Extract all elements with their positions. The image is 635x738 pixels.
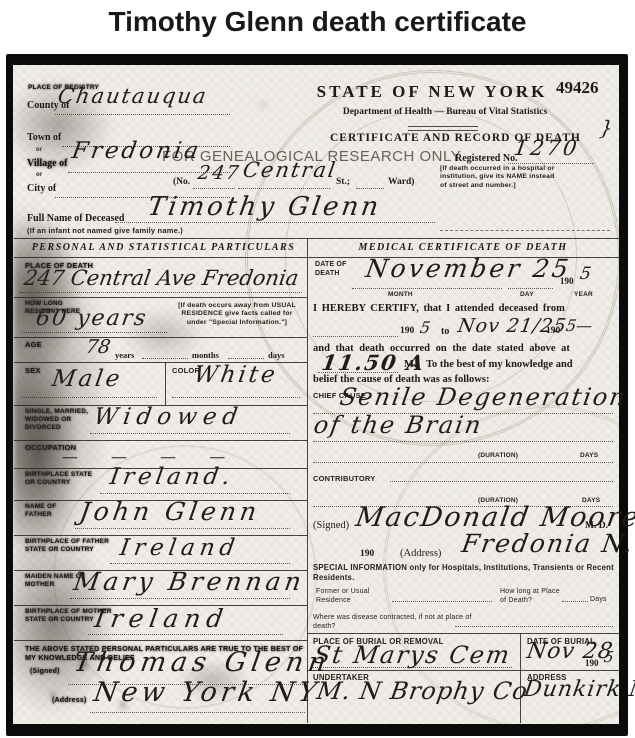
dotted-rule bbox=[562, 601, 588, 602]
father-birthplace-value: Ireland bbox=[118, 537, 241, 560]
dotted-rule bbox=[313, 441, 613, 442]
undertaker-address-value: Dunkirk NY bbox=[522, 679, 635, 701]
street-st-label: St.; bbox=[336, 177, 350, 187]
dotted-rule bbox=[172, 397, 300, 398]
chief-cause-line-1: Senile Degeneration bbox=[338, 385, 629, 409]
father-value: John Glenn bbox=[78, 499, 262, 524]
address-label-right: (Address) bbox=[400, 548, 441, 559]
contracted-label: Where was disease contracted, if not at … bbox=[313, 614, 483, 632]
marital-label: SINGLE, MARRIED, WIDOWED OR DIVORCED bbox=[25, 408, 101, 432]
dotted-rule bbox=[55, 114, 230, 115]
certify-line-3: To the best of my knowledge and bbox=[426, 359, 573, 370]
street-no-label: (No. bbox=[173, 177, 190, 187]
serial-number: 49426 bbox=[556, 78, 599, 98]
year-printed-3: 190 bbox=[546, 326, 560, 336]
year-printed-4: 190 bbox=[360, 549, 374, 559]
days-label: days bbox=[268, 350, 285, 360]
dotted-rule bbox=[313, 336, 398, 337]
sex-label: SEX bbox=[25, 366, 41, 375]
rule bbox=[14, 297, 307, 298]
section-top-rule bbox=[14, 238, 619, 239]
dotted-rule bbox=[193, 188, 235, 189]
burial-place-value: St Marys Cem bbox=[312, 643, 513, 667]
street-name-value: Central bbox=[241, 160, 338, 181]
mother-birthplace-value: Ireland bbox=[93, 606, 231, 631]
ward-label: Ward) bbox=[388, 177, 414, 187]
months-label: months bbox=[192, 350, 219, 360]
personal-section-title: PERSONAL AND STATISTICAL PARTICULARS bbox=[20, 242, 307, 253]
former-residence-label: Former or Usual Residence bbox=[316, 588, 386, 606]
marital-value: Widowed bbox=[92, 406, 245, 429]
hospital-note: [If death occurred in a hospital or inst… bbox=[440, 165, 558, 190]
dotted-rule bbox=[75, 528, 290, 529]
color-value: White bbox=[192, 364, 279, 387]
birthplace-label: BIRTHPLACE STATE OR COUNTRY bbox=[25, 471, 101, 487]
residence-note: [If death occurs away from USUAL RESIDEN… bbox=[172, 302, 302, 327]
certify-line-1: I HEREBY CERTIFY, that I attended deceas… bbox=[313, 303, 565, 314]
how-long-label: How long at Place of Death? bbox=[500, 588, 562, 606]
address-value-right: Fredonia N.Y. bbox=[460, 531, 635, 556]
days-label-1: DAYS bbox=[580, 452, 598, 460]
years-label: years bbox=[115, 350, 134, 360]
dotted-rule bbox=[142, 358, 188, 359]
birthplace-value: Ireland. bbox=[108, 466, 235, 489]
rule bbox=[14, 257, 307, 258]
dotted-rule bbox=[455, 626, 613, 627]
dotted-rule bbox=[90, 433, 290, 434]
signed-label-right: (Signed) bbox=[313, 520, 349, 531]
dotted-rule bbox=[70, 598, 290, 599]
dotted-rule bbox=[228, 358, 264, 359]
dotted-rule bbox=[110, 563, 290, 564]
m-label: M. bbox=[404, 359, 417, 370]
year-label: YEAR bbox=[574, 291, 593, 299]
duration-label-1: (DURATION) bbox=[478, 452, 518, 460]
or-word-2: or bbox=[36, 172, 42, 180]
dotted-rule bbox=[88, 634, 283, 635]
signed-value-left: Thomas Glenn bbox=[72, 649, 333, 676]
month-label: MONTH bbox=[388, 291, 413, 299]
medical-section-title: MEDICAL CERTIFICATE OF DEATH bbox=[307, 242, 619, 253]
dotted-rule bbox=[115, 222, 435, 223]
to-label: to bbox=[441, 326, 449, 337]
or-word-1: or bbox=[36, 147, 42, 155]
contributory-label: CONTRIBUTORY bbox=[313, 474, 375, 483]
rule bbox=[14, 440, 307, 441]
place-of-death-value: 247 Central Ave Fredonia bbox=[22, 268, 300, 289]
day-label: DAY bbox=[520, 291, 534, 299]
dashed-rule bbox=[440, 230, 610, 231]
year-printed-1: 190 bbox=[560, 276, 574, 286]
dotted-rule bbox=[312, 667, 512, 668]
address-value-left: New York NY bbox=[92, 679, 323, 706]
department-line: Department of Health — Bureau of Vital S… bbox=[320, 107, 570, 117]
county-value: Chautauqua bbox=[56, 86, 209, 107]
occupation-value: — — — — bbox=[61, 449, 241, 465]
dotted-rule bbox=[100, 493, 290, 494]
dotted-rule bbox=[313, 462, 613, 463]
mother-value: Mary Brennan bbox=[72, 569, 307, 594]
death-certificate-page: Timothy Glenn death certificate FOR GENE… bbox=[0, 0, 635, 738]
dotted-rule bbox=[318, 372, 398, 373]
dotted-rule bbox=[356, 188, 384, 189]
dotted-rule bbox=[352, 288, 502, 289]
dotted-rule bbox=[238, 188, 330, 189]
age-label: AGE bbox=[25, 340, 42, 349]
date-of-death-value: November 25 bbox=[364, 256, 573, 281]
date-of-death-label: DATE OF DEATH bbox=[315, 261, 355, 279]
year-printed-5: 190 bbox=[585, 658, 599, 668]
town-label: Town of bbox=[27, 132, 61, 143]
signed-label-left: (Signed) bbox=[30, 668, 60, 677]
rule bbox=[14, 337, 307, 338]
father-birthplace-label: BIRTHPLACE OF FATHER STATE OR COUNTRY bbox=[25, 538, 115, 554]
special-info-text: SPECIAL INFORMATION only for Hospitals, … bbox=[313, 563, 618, 582]
village-value: Fredonia bbox=[70, 140, 203, 163]
undertaker-value: M. N Brophy Co bbox=[315, 679, 530, 703]
sex-value: Male bbox=[50, 368, 124, 391]
dotted-rule bbox=[22, 397, 157, 398]
dotted-rule bbox=[508, 288, 553, 289]
dotted-rule bbox=[22, 332, 167, 333]
chief-cause-line-2: of the Brain bbox=[312, 413, 484, 437]
residence-value: 60 years bbox=[34, 308, 149, 330]
father-label: NAME OF FATHER bbox=[25, 503, 75, 519]
age-value: 78 bbox=[84, 338, 111, 357]
full-name-note: (If an infant not named give family name… bbox=[27, 226, 183, 235]
burial-date-value: Nov 28 bbox=[525, 641, 614, 663]
dotted-rule bbox=[392, 601, 492, 602]
rule bbox=[14, 640, 307, 641]
rule bbox=[307, 670, 619, 671]
full-name-value: Timothy Glenn bbox=[146, 194, 383, 220]
street-no-value: 247 bbox=[196, 164, 241, 183]
year-written-3: 5— bbox=[565, 318, 594, 334]
registered-no-value: 1270 bbox=[512, 138, 581, 159]
how-long-days-label: Days bbox=[590, 596, 607, 605]
address-label-left: (Address) bbox=[52, 697, 86, 706]
city-label: City of bbox=[27, 183, 56, 194]
full-name-label: Full Name of Deceased bbox=[27, 213, 124, 224]
year-printed-2: 190 bbox=[400, 326, 414, 336]
dotted-rule bbox=[508, 163, 593, 164]
header-divider bbox=[408, 126, 478, 131]
sex-color-divider bbox=[165, 362, 166, 405]
rule bbox=[307, 633, 619, 634]
village-label: Village of bbox=[27, 158, 67, 169]
dotted-rule bbox=[90, 712, 305, 713]
state-title: STATE OF NEW YORK bbox=[312, 82, 552, 102]
dotted-rule bbox=[390, 481, 613, 482]
dotted-rule bbox=[20, 292, 302, 293]
page-title: Timothy Glenn death certificate bbox=[0, 6, 635, 38]
